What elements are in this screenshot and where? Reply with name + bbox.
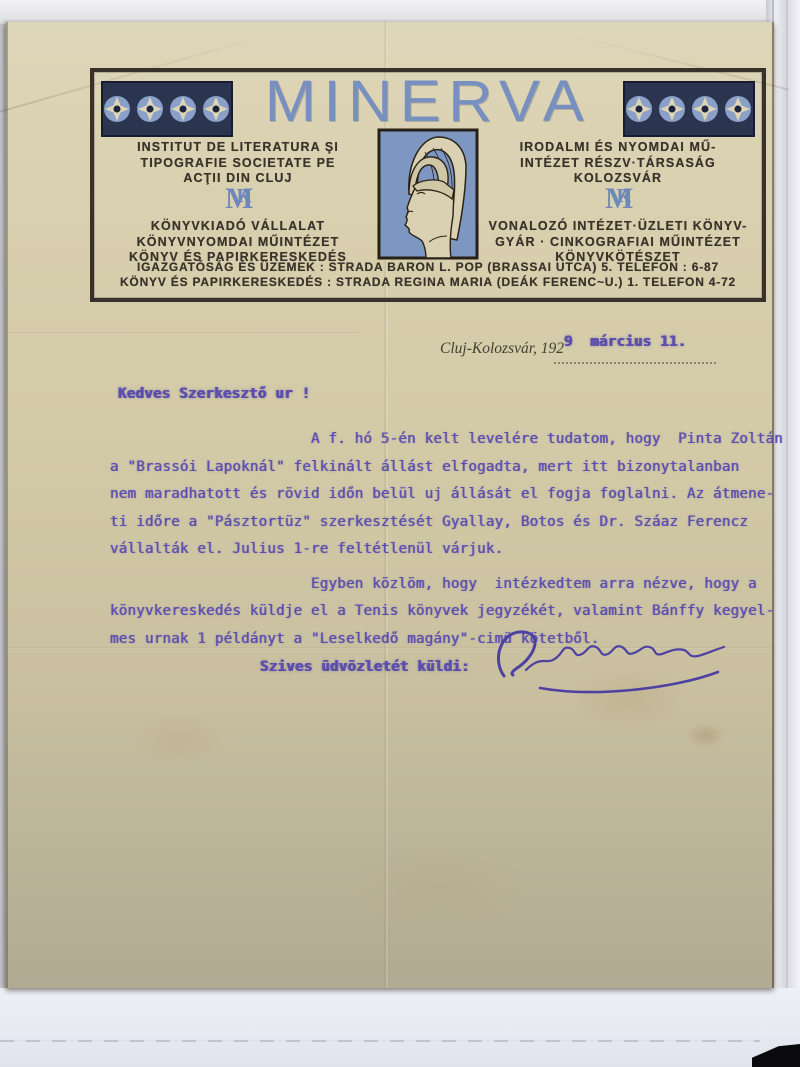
handwritten-signature-icon	[486, 620, 736, 703]
paper-stain	[128, 712, 228, 768]
letterhead-address: IGAZGATÓSÁG ÉS ÜZEMEK : STRADA BARON L. …	[94, 260, 762, 290]
body-line: könyvkereskedés küldje el a Tenis könyve…	[110, 603, 774, 619]
salutation: Kedves Szerkesztő ur !	[118, 386, 310, 402]
letterhead-line: KÖNYVNYOMDAI MŰINTÉZET	[98, 235, 378, 251]
monogram-letter: R	[236, 185, 250, 207]
closing-line: Szives üdvözletét küldi:	[260, 659, 470, 675]
mr-monogram-icon: MR	[98, 182, 378, 216]
letter-photo: MINERVA INSTITUT DE LITERATURA ŞI TIPOGR…	[0, 0, 800, 1067]
body-line: ti időre a "Pásztortüz" szerkesztését Gy…	[110, 514, 748, 530]
letterhead-services-left: KÖNYVKIADÓ VÁLLALAT KÖNYVNYOMDAI MŰINTÉZ…	[98, 219, 378, 266]
letterhead-line: KÖNYVKIADÓ VÁLLALAT	[98, 219, 378, 235]
body-line: nem maradhatott és rövid időn belül uj á…	[110, 486, 774, 502]
letterhead-line: GYÁR · CINKOGRAFIAI MŰINTÉZET	[478, 235, 758, 251]
letterhead-frame: MINERVA INSTITUT DE LITERATURA ŞI TIPOGR…	[90, 68, 766, 302]
letter-paper: MINERVA INSTITUT DE LITERATURA ŞI TIPOGR…	[6, 22, 774, 988]
body-line: A f. hó 5-én kelt levelére tudatom, hogy…	[311, 431, 783, 447]
deckle-edge	[0, 1040, 760, 1042]
photo-background-top	[0, 0, 800, 24]
body-line: vállalták el. Julius 1-re feltétlenül vá…	[110, 541, 503, 557]
letterhead-line: VONALOZÓ INTÉZET·ÜZLETI KÖNYV-	[478, 219, 758, 235]
paper-stain	[348, 842, 528, 932]
body-line: a "Brassói Lapoknál" felkinált állást el…	[110, 459, 739, 475]
letterhead-line: IRODALMI ÉS NYOMDAI MŰ-	[478, 140, 758, 156]
page-edge-line	[786, 0, 788, 1067]
minerva-head-icon	[377, 128, 479, 265]
letterhead-services-right: VONALOZÓ INTÉZET·ÜZLETI KÖNYV- GYÁR · CI…	[478, 219, 758, 266]
dateline-printed: Cluj-Kolozsvár, 192	[440, 340, 564, 358]
address-line: KÖNYV ÉS PAPIRKERESKEDÉS : STRADA REGINA…	[94, 275, 762, 290]
floral-ornament-right-icon	[623, 81, 755, 142]
address-line: IGAZGATÓSÁG ÉS ÜZEMEK : STRADA BARON L. …	[94, 260, 762, 275]
mr-monogram-icon: MR	[478, 182, 758, 216]
body-line: Egyben közlöm, hogy intézkedtem arra néz…	[311, 576, 757, 592]
letterhead-romanian-block: INSTITUT DE LITERATURA ŞI TIPOGRAFIE SOC…	[98, 140, 378, 187]
fold-crease-horizontal	[8, 332, 359, 334]
backing-sheet	[0, 988, 800, 1067]
letterhead-line: TIPOGRAFIE SOCIETATE PE	[98, 156, 378, 172]
letterhead-hungarian-block: IRODALMI ÉS NYOMDAI MŰ- INTÉZET RÉSZV·TÁ…	[478, 140, 758, 187]
letterhead-line: INTÉZET RÉSZV·TÁRSASÁG	[478, 156, 758, 172]
letterhead-line: INSTITUT DE LITERATURA ŞI	[98, 140, 378, 156]
dateline-typed: 9 március 11.	[564, 334, 686, 350]
monogram-letter: R	[616, 185, 630, 207]
paper-stain	[686, 722, 726, 748]
